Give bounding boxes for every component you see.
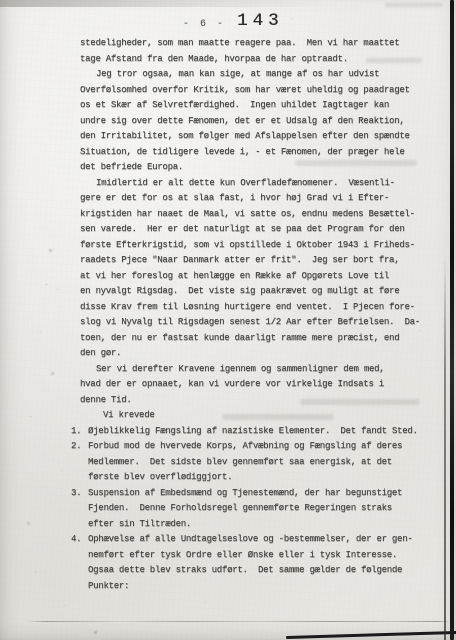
text-line: gere er det for os at slaa fast, i hvor … xyxy=(80,191,432,207)
list-number: 2. xyxy=(71,439,88,486)
list-item-text: Suspension af Embedsmænd og Tjenestemænd… xyxy=(88,486,402,533)
text-line: Overfølsomhed overfor Kritik, som har væ… xyxy=(80,83,432,99)
text-line: nemført efter tysk Ordre eller Ønske ell… xyxy=(88,548,413,564)
right-edge-secondary-line xyxy=(444,255,446,640)
text-line: Fjenden. Denne Forholdsregel gennemførte… xyxy=(88,501,402,517)
ink-smudge xyxy=(385,3,443,7)
paragraph-3: Imidlertid er alt dette kun Overfladefæn… xyxy=(80,176,432,362)
text-line: Ser vi derefter Kravene igennem og samme… xyxy=(80,362,432,378)
paper-specks xyxy=(0,0,1,1)
text-line: undre sig over dette Fænomen, det er et … xyxy=(80,114,432,130)
list-item-text: Ophævelse af alle Undtagelseslove og -be… xyxy=(88,532,413,594)
text-line: slog vi Nyvalg til Rigsdagen senest 1/2 … xyxy=(80,315,432,331)
text-line: den gør. xyxy=(80,346,432,362)
text-line: stedeligheder, som man maatte reagere pa… xyxy=(80,36,432,52)
text-line: at vi her foreslog at henlægge en Række … xyxy=(80,269,432,285)
ink-smudge xyxy=(366,58,422,63)
scanned-document-page: - 6 - 143 stedeligheder, som man maatte … xyxy=(0,0,456,640)
text-line: Jeg tror ogsaa, man kan sige, at mange a… xyxy=(80,67,432,83)
text-line: Medlemmer. Det sidste blev gennemført sa… xyxy=(88,455,402,471)
text-line: raadets Pjece "Naar Danmark atter er fri… xyxy=(80,253,432,269)
text-line: efter sin Tiltræden. xyxy=(88,517,402,533)
list-item-2: 2. Forbud mod de hvervede Korps, Afvæbni… xyxy=(71,439,432,486)
list-number: 1. xyxy=(71,424,88,440)
text-line: første Efterkrigstid, som vi opstillede … xyxy=(80,238,432,254)
page-number: - 6 - xyxy=(183,19,226,30)
list-item-1: 1. Øjeblikkelig Fængsling af nazistiske … xyxy=(71,424,432,440)
page-curl-shadow-line xyxy=(286,631,456,639)
list-item-3: 3. Suspension af Embedsmænd og Tjenestem… xyxy=(71,486,432,533)
text-line: hvad der er opnaaet, kan vi vurdere vor … xyxy=(80,377,432,393)
list-item-text: Forbud mod de hvervede Korps, Afvæbning … xyxy=(88,439,402,486)
text-line: Imidlertid er alt dette kun Overfladefæn… xyxy=(80,176,432,192)
faint-scan-rule xyxy=(28,621,450,622)
ink-smudge xyxy=(295,160,417,166)
scanner-top-edge-shadow xyxy=(0,0,330,7)
list-item-text: Øjeblikkelig Fængsling af nazistiske Ele… xyxy=(88,424,418,440)
text-line: den Irritabilitet, som følger med Afslap… xyxy=(80,129,432,145)
folio-stamp-number: 143 xyxy=(237,11,284,31)
right-edge-scan-line xyxy=(450,0,454,640)
text-line: Øjeblikkelig Fængsling af nazistiske Ele… xyxy=(88,424,418,440)
text-line: krigstiden har naaet de Maal, vi satte o… xyxy=(80,207,432,223)
text-line: os et Skær af Selvretfærdighed. Ingen uh… xyxy=(80,98,432,114)
document-body: stedeligheder, som man maatte reagere pa… xyxy=(80,36,432,594)
text-line: Forbud mod de hvervede Korps, Afvæbning … xyxy=(88,439,402,455)
text-line: en nyvalgt Rigsdag. Det viste sig paakræ… xyxy=(80,284,432,300)
text-line: Ophævelse af alle Undtagelseslove og -be… xyxy=(88,532,413,548)
text-line: disse Krav frem til Løsning hurtigere en… xyxy=(80,300,432,316)
text-line: Situation, de tidligere levede i, - et F… xyxy=(80,145,432,161)
text-line: Punkter: xyxy=(88,579,413,595)
text-line: toen, der nu er fastsat kunde daarligt r… xyxy=(80,331,432,347)
text-line: første blev overflødiggjort. xyxy=(88,470,402,486)
ink-smudge xyxy=(222,414,334,420)
list-item-4: 4. Ophævelse af alle Undtagelseslove og … xyxy=(71,532,432,594)
list-number: 4. xyxy=(71,532,88,594)
list-number: 3. xyxy=(71,486,88,533)
text-line: Ogsaa dette blev straks udført. Det samm… xyxy=(88,563,413,579)
ink-smudge xyxy=(300,399,420,405)
text-line: sen varede. Her er det naturligt at se p… xyxy=(80,222,432,238)
text-line: Suspension af Embedsmænd og Tjenestemænd… xyxy=(88,486,402,502)
